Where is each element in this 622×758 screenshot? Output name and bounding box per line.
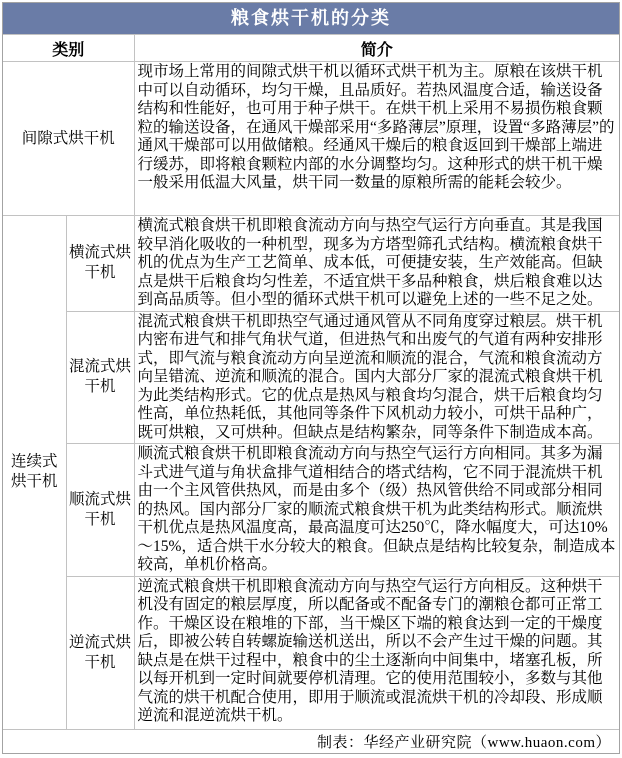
row-desc-mixedflow: 混流式粮食烘干机即热空气通过通风管从不同角度穿过粮层。烘干机内密布进气和排气角状… xyxy=(134,311,619,444)
row-label-crossflow: 横流式烘干机 xyxy=(66,216,134,312)
row-label-concurrent: 顺流式烘干机 xyxy=(66,444,134,577)
column-header-category: 类别 xyxy=(3,35,134,62)
row-desc-counterflow: 逆流式粮食烘干机即粮食流动方向与热空气运行方向相反。这种烘干机没有固定的粮层厚度… xyxy=(134,576,619,729)
row-label-mixedflow: 混流式烘干机 xyxy=(66,311,134,444)
header-row: 类别 简介 xyxy=(3,35,619,62)
row-desc-crossflow: 横流式粮食烘干机即粮食流动方向与热空气运行方向垂直。其是我国较早消化吸收的一种机… xyxy=(134,216,619,312)
dryer-classification-table: 类别 简介 间隙式烘干机 现市场上常用的间隙式烘干机以循环式烘干机为主。原粮在该… xyxy=(3,35,619,753)
footer-row: 制表：华经产业研究院（www.huaon.com） xyxy=(3,729,619,753)
classification-table-sheet: 粮食烘干机的分类 类别 简介 间隙式烘干机 现市场上常用的间隙式烘干机以循环式烘… xyxy=(2,2,620,754)
table-credit: 制表：华经产业研究院（www.huaon.com） xyxy=(3,729,619,753)
table-row-crossflow: 连续式烘干机 横流式烘干机 横流式粮食烘干机即粮食流动方向与热空气运行方向垂直。… xyxy=(3,216,619,312)
row-desc-intermittent: 现市场上常用的间隙式烘干机以循环式烘干机为主。原粮在该烘干机中可以自动循环，均匀… xyxy=(134,62,619,216)
row-label-counterflow: 逆流式烘干机 xyxy=(66,576,134,729)
page-title: 粮食烘干机的分类 xyxy=(3,3,619,35)
column-header-intro: 简介 xyxy=(134,35,619,62)
table-row-counterflow: 逆流式烘干机 逆流式粮食烘干机即粮食流动方向与热空气运行方向相反。这种烘干机没有… xyxy=(3,576,619,729)
row-label-continuous: 连续式烘干机 xyxy=(3,216,66,730)
table-row-mixedflow: 混流式烘干机 混流式粮食烘干机即热空气通过通风管从不同角度穿过粮层。烘干机内密布… xyxy=(3,311,619,444)
row-desc-concurrent: 顺流式粮食烘干机即粮食流动方向与热空气运行方向相同。其多为漏斗式进气道与角状盒排… xyxy=(134,444,619,577)
row-label-intermittent: 间隙式烘干机 xyxy=(3,62,134,216)
table-row-concurrent: 顺流式烘干机 顺流式粮食烘干机即粮食流动方向与热空气运行方向相同。其多为漏斗式进… xyxy=(3,444,619,577)
table-row-intermittent: 间隙式烘干机 现市场上常用的间隙式烘干机以循环式烘干机为主。原粮在该烘干机中可以… xyxy=(3,62,619,216)
